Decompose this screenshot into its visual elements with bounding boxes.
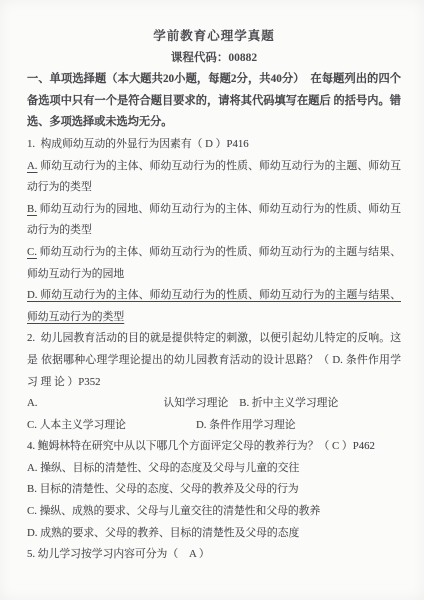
- question-2-stem: 2. 幼儿园教育活动的目的就是提供特定的刺激，以便引起幼儿特定的反响。这是 依据…: [27, 328, 401, 393]
- question-1-option-a: A. 师幼互动行为的主体、师幼互动行为的性质、师幼互动行为的主题、师幼互动行为的…: [27, 156, 401, 199]
- section-header: 一、单项选择题（本大题共20小题，每题2分，共40分） 在每题列出的四个备选项中…: [27, 69, 401, 134]
- option-a-label: A.: [27, 397, 38, 409]
- course-code: 课程代码：00882: [27, 48, 401, 70]
- question-1-option-c: C. 师幼互动行为的主体、师幼互动行为的性质、师幼互动行为的主题与结果、师幼互动…: [27, 242, 401, 285]
- question-2-options-row-2: C. 人本主义学习理论D. 条件作用学习理论: [27, 415, 401, 437]
- question-4-option-c: C. 操纵、成熟的要求、父母与儿童交往的清楚性和父母的教养: [27, 501, 401, 523]
- question-1-option-d: D. 师幼互动行为的主体、师幼互动行为的性质、师幼互动行为的主题与结果、师幼互动…: [27, 285, 401, 328]
- question-2-options-row-1: A.认知学习理论B. 折中主义学习理论: [27, 393, 401, 415]
- option-a-text: 认知学习理论: [164, 397, 229, 409]
- exam-page: 学前教育心理学真题 课程代码：00882 一、单项选择题（本大题共20小题，每题…: [0, 0, 424, 600]
- question-1-stem: 1. 构成师幼互动的外显行为因素有（ D ）P416: [27, 134, 401, 156]
- question-4-option-a: A. 操纵、目标的清楚性、父母的态度及父母与儿童的交往: [27, 458, 401, 480]
- option-c-text: 师幼互动行为的主体、师幼互动行为的性质、师幼互动行为的主题与结果、师幼互动行为的…: [27, 246, 401, 280]
- option-d-text: D. 条件作用学习理论: [196, 419, 296, 431]
- option-d-text: 师幼互动行为的主体、师幼互动行为的性质、师幼互动行为的主题与结果、师幼互动行为的…: [27, 289, 401, 323]
- option-a-text: 师幼互动行为的主体、师幼互动行为的性质、师幼互动行为的主题、师幼互动行为的类型: [27, 160, 401, 194]
- option-c-label: C.: [27, 246, 37, 258]
- page-title: 学前教育心理学真题: [27, 26, 401, 48]
- question-1-option-b: B. 师幼互动行为的园地、师幼互动行为的主体、师幼互动行为的性质、师幼互动行为的…: [27, 199, 401, 242]
- question-5-stem: 5. 幼儿学习按学习内容可分为（ A ）: [27, 544, 401, 566]
- question-4-option-b: B. 目标的清楚性、父母的态度、父母的教养及父母的行为: [27, 479, 401, 501]
- option-b-label: B.: [27, 203, 37, 215]
- option-b-text: B. 折中主义学习理论: [239, 397, 338, 409]
- option-a-label: A.: [27, 160, 38, 172]
- question-4-option-d: D. 成熟的要求、父母的教养、目标的清楚性及父母的态度: [27, 523, 401, 545]
- question-4-stem: 4. 鲍姆林特在研究中从以下哪几个方面评定父母的教养行为？（ C ）P462: [27, 436, 401, 458]
- option-c-text: C. 人本主义学习理论: [27, 419, 126, 431]
- option-b-text: 师幼互动行为的园地、师幼互动行为的主体、师幼互动行为的性质、师幼互动行为的类型: [27, 203, 401, 237]
- option-d-label: D.: [27, 289, 38, 301]
